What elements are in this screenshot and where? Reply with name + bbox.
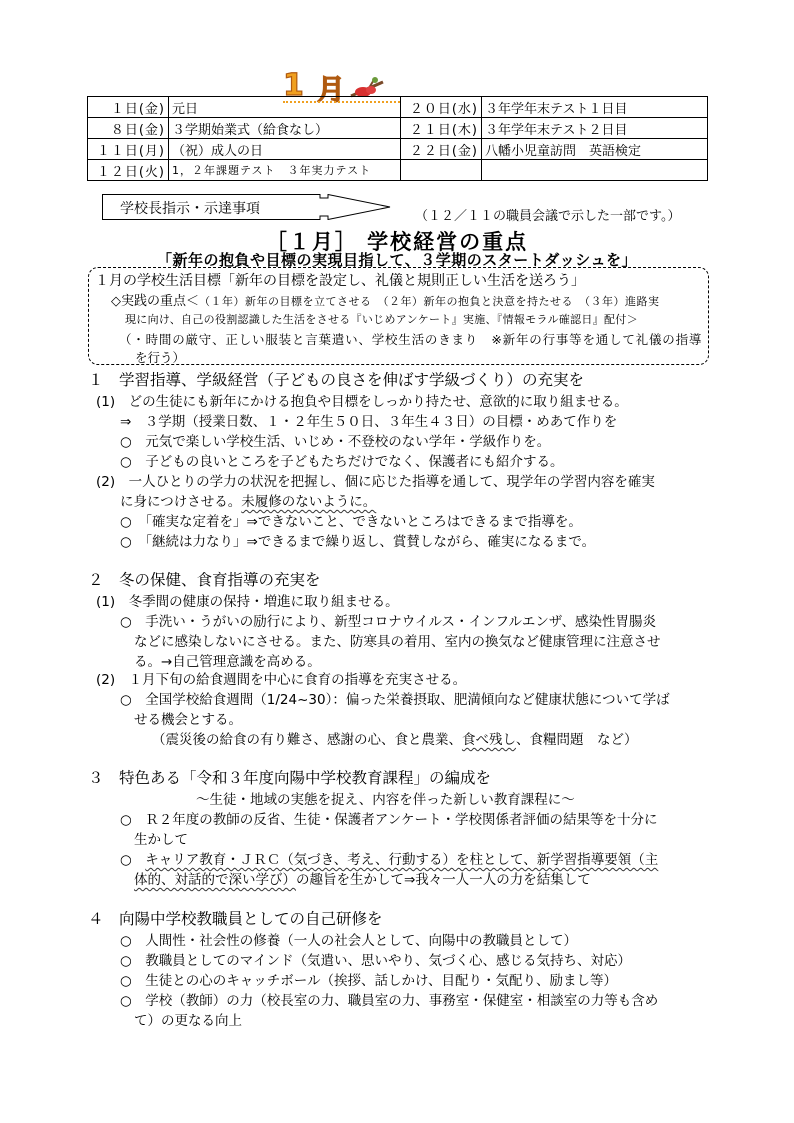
wavy-underlined-text: キャリア教育・ＪＲＣ（気づき、考え、行動する）を柱として、新学習指導要領（主 xyxy=(145,852,658,868)
event-cell: ３学期始業式（給食なし） xyxy=(169,118,401,139)
section-line: (1) どの生徒にも新年にかける抱負や目標をしっかり持たせ、意欲的に取り組ませる… xyxy=(96,390,628,410)
section-heading: １ 学習指導、学級経営（子どもの良さを伸ばす学級づくり）の充実を xyxy=(88,368,584,390)
date-cell: １日(金) xyxy=(88,97,169,118)
date-cell: １１日(月) xyxy=(88,139,169,160)
section-line: ○ 手洗い・うがいの励行により、新型コロナウイルス・インフルエンザ、感染性胃腸炎 xyxy=(120,610,656,630)
directive-arrow: 学校長指示・示達事項 xyxy=(102,194,392,220)
date-cell: ２２日(金) xyxy=(401,139,482,160)
date-cell: ２０日(水) xyxy=(401,97,482,118)
section-line: て）の更なる向上 xyxy=(134,1009,242,1029)
date-cell: ８日(金) xyxy=(88,118,169,139)
section-line: ○ 生徒との心のキャッチボール（挨拶、話しかけ、目配り・気配り、励まし等） xyxy=(120,969,617,989)
section-line: ○ 子どもの良いところを子どもたちだけでなく、保護者にも紹介する。 xyxy=(120,450,564,470)
section-line: ○ 教職員としてのマインド（気遣い、思いやり、気づく心、感じる気持ち、対応） xyxy=(120,949,631,969)
section-line: ○ キャリア教育・ＪＲＣ（気づき、考え、行動する）を柱として、新学習指導要領（主 xyxy=(120,848,658,868)
event-cell: ３年学年末テスト２日目 xyxy=(482,118,708,139)
table-row: １１日(月) （祝）成人の日 ２２日(金) 八幡小児童訪問 英語検定 xyxy=(88,139,708,160)
section-line: ○ 元気で楽しい学校生活、いじめ・不登校のない学年・学級作りを。 xyxy=(120,430,550,450)
wavy-underlined-text: 食べ残し xyxy=(462,732,516,748)
section-line: (1) 冬季間の健康の保持・増進に取り組ませる。 xyxy=(96,590,399,610)
section-line: せる機会とする。 xyxy=(134,708,242,728)
section-subheading: ～生徒・地域の実態を捉え、内容を伴った新しい教育課程に～ xyxy=(196,788,575,808)
section-text: の趣旨を生かして⇒我々一人一人の力を結集して xyxy=(296,872,591,888)
section-text: （震災後の給食の有り難さ、感謝の心、食と農業、 xyxy=(152,732,462,748)
date-cell: ２１日(木) xyxy=(401,118,482,139)
section-line: (2) １月下旬の給食週間を中心に食育の指導を充実させる。 xyxy=(96,668,466,688)
wavy-underlined-text: 未履修のないように。 xyxy=(241,494,376,510)
section-line: （震災後の給食の有り難さ、感謝の心、食と農業、食べ残し、食糧問題 など） xyxy=(152,728,637,748)
section-text: に身につけさせる。 xyxy=(120,494,241,510)
practice-focus-prefix: ◇実践の重点＜ xyxy=(111,294,199,309)
section-line: る。→自己管理意識を高める。 xyxy=(134,650,321,670)
practice-focus-line: 現に向け、自己の役割認識した生活をさせる『いじめアンケート』実施、『情報モラル確… xyxy=(125,311,638,327)
section-line: ○ 人間性・社会性の修養（一人の社会人として、向陽中の教職員として） xyxy=(120,929,577,949)
table-row: １２日(火) 1，２年課題テスト ３年実力テスト xyxy=(88,160,708,181)
section-text: 、食糧問題 など） xyxy=(516,732,638,748)
practice-focus-text: （１年）新年の目標を立てさせる （２年）新年の抱負と決意を持たせる （３年）進路… xyxy=(199,295,660,308)
table-row: １日(金) 元日 ２０日(水) ３年学年末テスト１日目 xyxy=(88,97,708,118)
goal-line: １月の学校生活目標「新年の目標を設定し、礼儀と規則正しい生活を送ろう」 xyxy=(95,270,585,290)
arrow-label: 学校長指示・示達事項 xyxy=(120,198,260,218)
event-cell xyxy=(482,160,708,181)
section-line: などに感染しないにさせる。また、防寒具の着用、室内の換気など健康管理に注意させ xyxy=(134,630,661,650)
table-row: ８日(金) ３学期始業式（給食なし） ２１日(木) ３年学年末テスト２日目 xyxy=(88,118,708,139)
section-line: ○ Ｒ２年度の教師の反省、生徒・保護者アンケート・学校関係者評価の結果等を十分に xyxy=(120,808,657,828)
section-line: ○ 学校（教師）の力（校長室の力、職員室の力、事務室・保健室・相談室の力等も含め xyxy=(120,989,658,1009)
section-line: 生かして xyxy=(134,828,188,848)
practice-focus-line: ◇実践の重点＜（１年）新年の目標を立てさせる （２年）新年の抱負と決意を持たせる… xyxy=(111,290,660,309)
section-line: (2) 一人ひとりの学力の状況を把握し、個に応じた指導を通して、現学年の学習内容… xyxy=(96,470,655,490)
section-line: ○ 「継続は力なり」⇒できるまで繰り返し、賞賛しながら、確実になるまで。 xyxy=(120,530,595,550)
date-cell: １２日(火) xyxy=(88,160,169,181)
etiquette-line: を行う） xyxy=(135,348,185,366)
wavy-underlined-text: 体的、対話的で深い学び） xyxy=(134,872,296,888)
section-text: ○ xyxy=(120,852,145,868)
event-cell: 1，２年課題テスト ３年実力テスト xyxy=(169,160,401,181)
monthly-goal-box: １月の学校生活目標「新年の目標を設定し、礼儀と規則正しい生活を送ろう」 ◇実践の… xyxy=(88,267,709,365)
section-heading: ３ 特色ある「令和３年度向陽中学校教育課程」の編成を xyxy=(88,766,491,788)
section-heading: ２ 冬の保健、食育指導の充実を xyxy=(88,568,321,590)
event-calendar-table: １日(金) 元日 ２０日(水) ３年学年末テスト１日目 ８日(金) ３学期始業式… xyxy=(87,96,708,181)
etiquette-line: （・時間の厳守、正しい服装と言葉遣い、学校生活のきまり ※新年の行事等を通して礼… xyxy=(119,330,702,348)
event-cell: 元日 xyxy=(169,97,401,118)
section-line: ⇒ ３学期（授業日数、１・２年生５０日、３年生４３日）の目標・めあて作りを xyxy=(120,410,617,430)
section-line: 体的、対話的で深い学び）の趣旨を生かして⇒我々一人一人の力を結集して xyxy=(134,868,591,888)
event-cell: （祝）成人の日 xyxy=(169,139,401,160)
date-cell xyxy=(401,160,482,181)
section-line: ○ 「確実な定着を」⇒できないこと、できないところはできるまで指導を。 xyxy=(120,510,582,530)
section-heading: ４ 向陽中学校教職員としての自己研修を xyxy=(88,907,383,929)
event-cell: ３年学年末テスト１日目 xyxy=(482,97,708,118)
section-line: に身につけさせる。未履修のないように。 xyxy=(120,490,376,510)
section-line: ○ 全国学校給食週間（1/24~30）：偏った栄養摂取、肥満傾向など健康状態につ… xyxy=(120,688,670,708)
event-cell: 八幡小児童訪問 英語検定 xyxy=(482,139,708,160)
meeting-note: （１２／１１の職員会議で示した一部です。） xyxy=(415,205,680,224)
